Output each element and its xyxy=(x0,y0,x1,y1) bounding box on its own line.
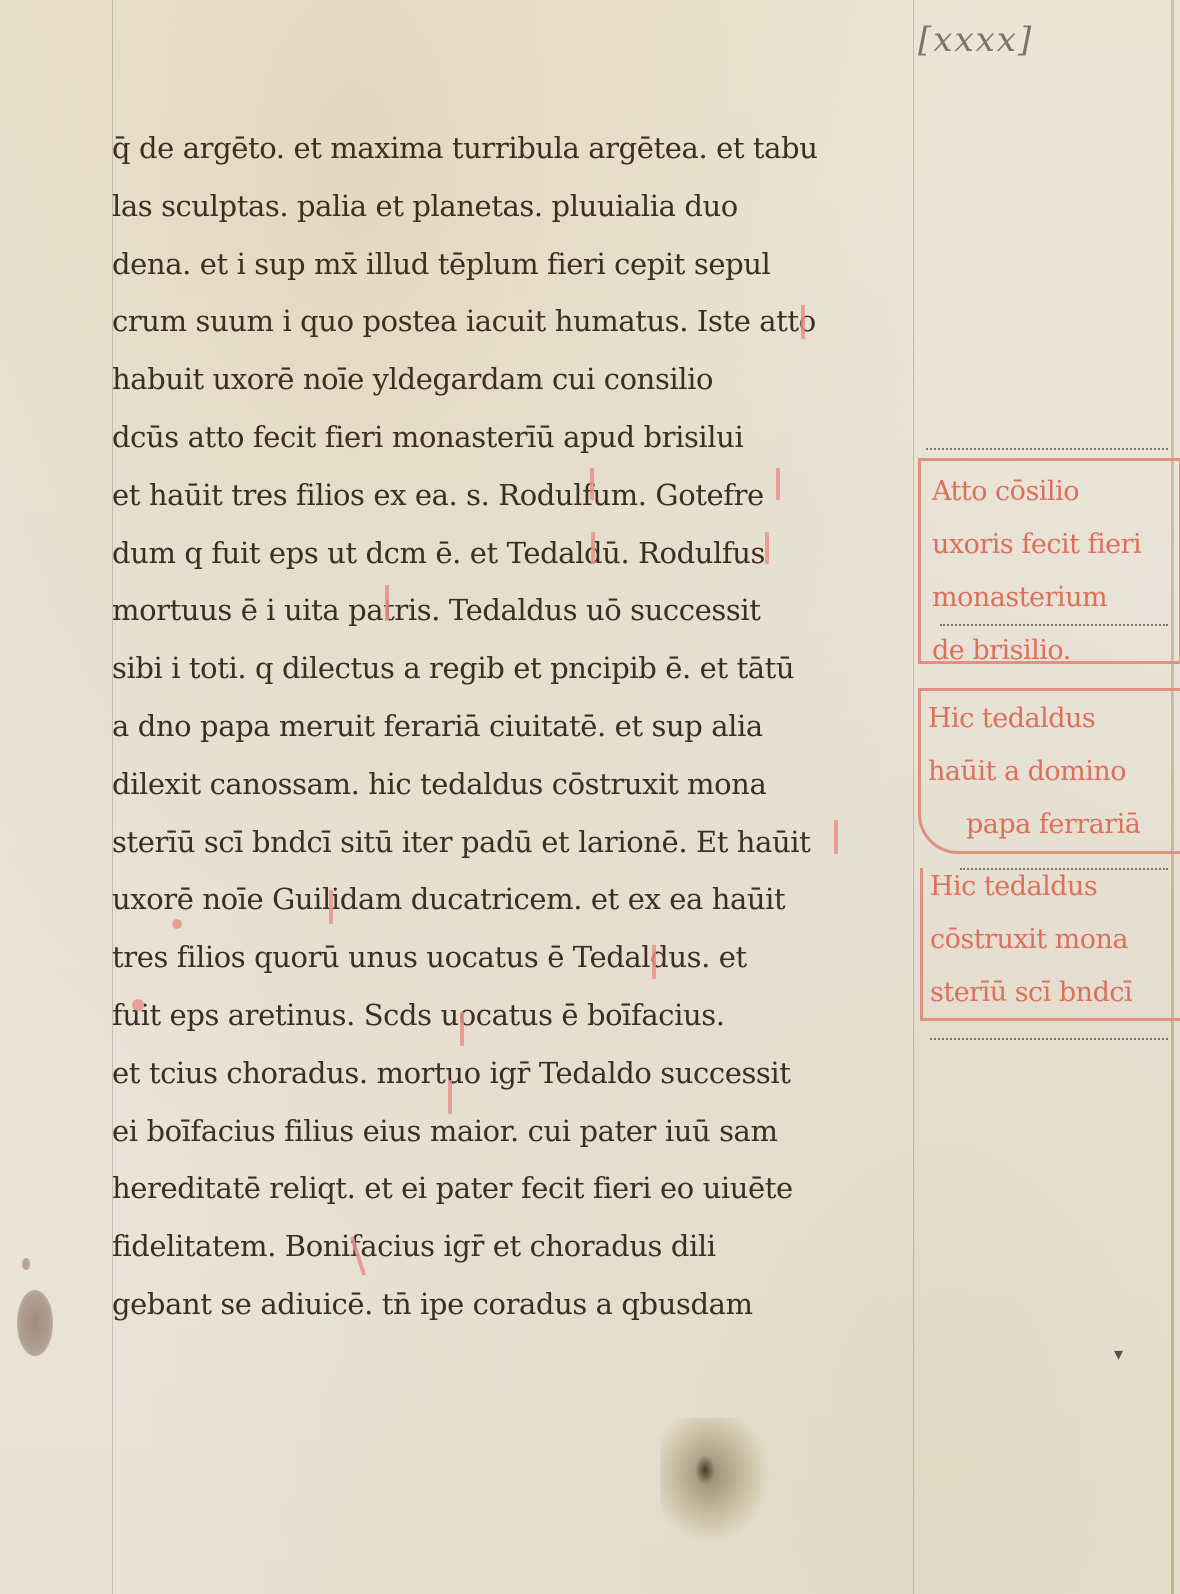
stain xyxy=(22,1258,30,1270)
rubric-stroke xyxy=(385,585,389,621)
marginal-note-line: papa ferrariā xyxy=(928,798,1140,851)
rubric-stroke xyxy=(834,820,838,854)
rubric-stroke xyxy=(801,305,805,339)
marginal-note-3: Hic tedaldus cōstruxit mona sterīū scī b… xyxy=(930,860,1132,1019)
marginal-decoration xyxy=(926,436,1168,450)
text-line: dum q fuit eps ut dcm ē. et Tedaldū. Rod… xyxy=(112,525,942,583)
rubric-stroke xyxy=(776,468,780,500)
marginal-note-line: cōstruxit mona xyxy=(930,913,1132,966)
text-line: sibi i toti. q dilectus a regib et pncip… xyxy=(112,640,942,698)
rubric-stroke xyxy=(460,1012,464,1046)
marginal-note-line: haūit a domino xyxy=(928,745,1140,798)
marginal-decoration xyxy=(930,1026,1168,1040)
rubric-stroke xyxy=(591,532,595,564)
marginal-note-1: Atto cōsilio uxoris fecit fieri monaster… xyxy=(932,465,1141,677)
text-line: fidelitatem. Bonifacius igr̄ et choradus… xyxy=(112,1218,942,1276)
ink-mark: ▾ xyxy=(1114,1344,1123,1365)
text-line: ei boīfacius filius eius maior. cui pate… xyxy=(112,1103,942,1161)
text-line: gebant se adiuicē. tn̄ ipe coradus a qbu… xyxy=(112,1276,942,1334)
marginal-note-2: Hic tedaldus haūit a domino papa ferrari… xyxy=(928,692,1140,851)
rubric-stroke xyxy=(652,945,656,979)
marginal-note-line: sterīū scī bndcī xyxy=(930,966,1132,1019)
text-line: dena. et i sup mx̄ illud tēplum fieri ce… xyxy=(112,236,942,294)
text-line: sterīū scī bndcī sitū iter padū et lario… xyxy=(112,814,942,872)
rubric-stroke xyxy=(590,468,594,500)
text-line: crum suum i quo postea iacuit humatus. I… xyxy=(112,293,942,351)
folio-number: [xxxx] xyxy=(918,20,1033,60)
marginal-note-line: monasterium xyxy=(932,571,1141,624)
marginal-note-line: de brisilio. xyxy=(932,624,1141,677)
stain xyxy=(17,1290,53,1356)
text-line: uxorē noīe Guilidam ducatricem. et ex ea… xyxy=(112,871,942,929)
text-line: et haūit tres filios ex ea. s. Rodulfum.… xyxy=(112,467,942,525)
marginal-note-line: Atto cōsilio xyxy=(932,465,1141,518)
text-line: et tcius choradus. mortuo igr̄ Tedaldo s… xyxy=(112,1045,942,1103)
text-line: tres filios quorū unus uocatus ē Tedaldu… xyxy=(112,929,942,987)
rubric-stroke xyxy=(329,890,333,924)
main-text-block: q̄ de argēto. et maxima turribula argēte… xyxy=(112,120,942,1334)
stain xyxy=(660,1418,770,1543)
text-line: q̄ de argēto. et maxima turribula argēte… xyxy=(112,120,942,178)
text-line: hereditatē reliqt. et ei pater fecit fie… xyxy=(112,1160,942,1218)
text-line: las sculptas. palia et planetas. pluuial… xyxy=(112,178,942,236)
marginal-note-line: Hic tedaldus xyxy=(928,692,1140,745)
text-line: fuit eps aretinus. Scds uocatus ē boīfac… xyxy=(112,987,942,1045)
text-line: dcūs atto fecit fieri monasterīū apud br… xyxy=(112,409,942,467)
text-line: habuit uxorē noīe yldegardam cui consili… xyxy=(112,351,942,409)
manuscript-page: [xxxx] q̄ de argēto. et maxima turribula… xyxy=(0,0,1180,1594)
text-line: dilexit canossam. hic tedaldus cōstruxit… xyxy=(112,756,942,814)
red-ink-spot xyxy=(172,919,182,929)
rubric-stroke xyxy=(765,532,769,564)
stain xyxy=(695,1455,715,1485)
marginal-note-line: Hic tedaldus xyxy=(930,860,1132,913)
text-line: mortuus ē i uita patris. Tedaldus uō suc… xyxy=(112,582,942,640)
text-line: a dno papa meruit ferariā ciuitatē. et s… xyxy=(112,698,942,756)
red-ink-spot xyxy=(132,999,144,1011)
rubric-stroke xyxy=(448,1080,452,1114)
marginal-note-line: uxoris fecit fieri xyxy=(932,518,1141,571)
